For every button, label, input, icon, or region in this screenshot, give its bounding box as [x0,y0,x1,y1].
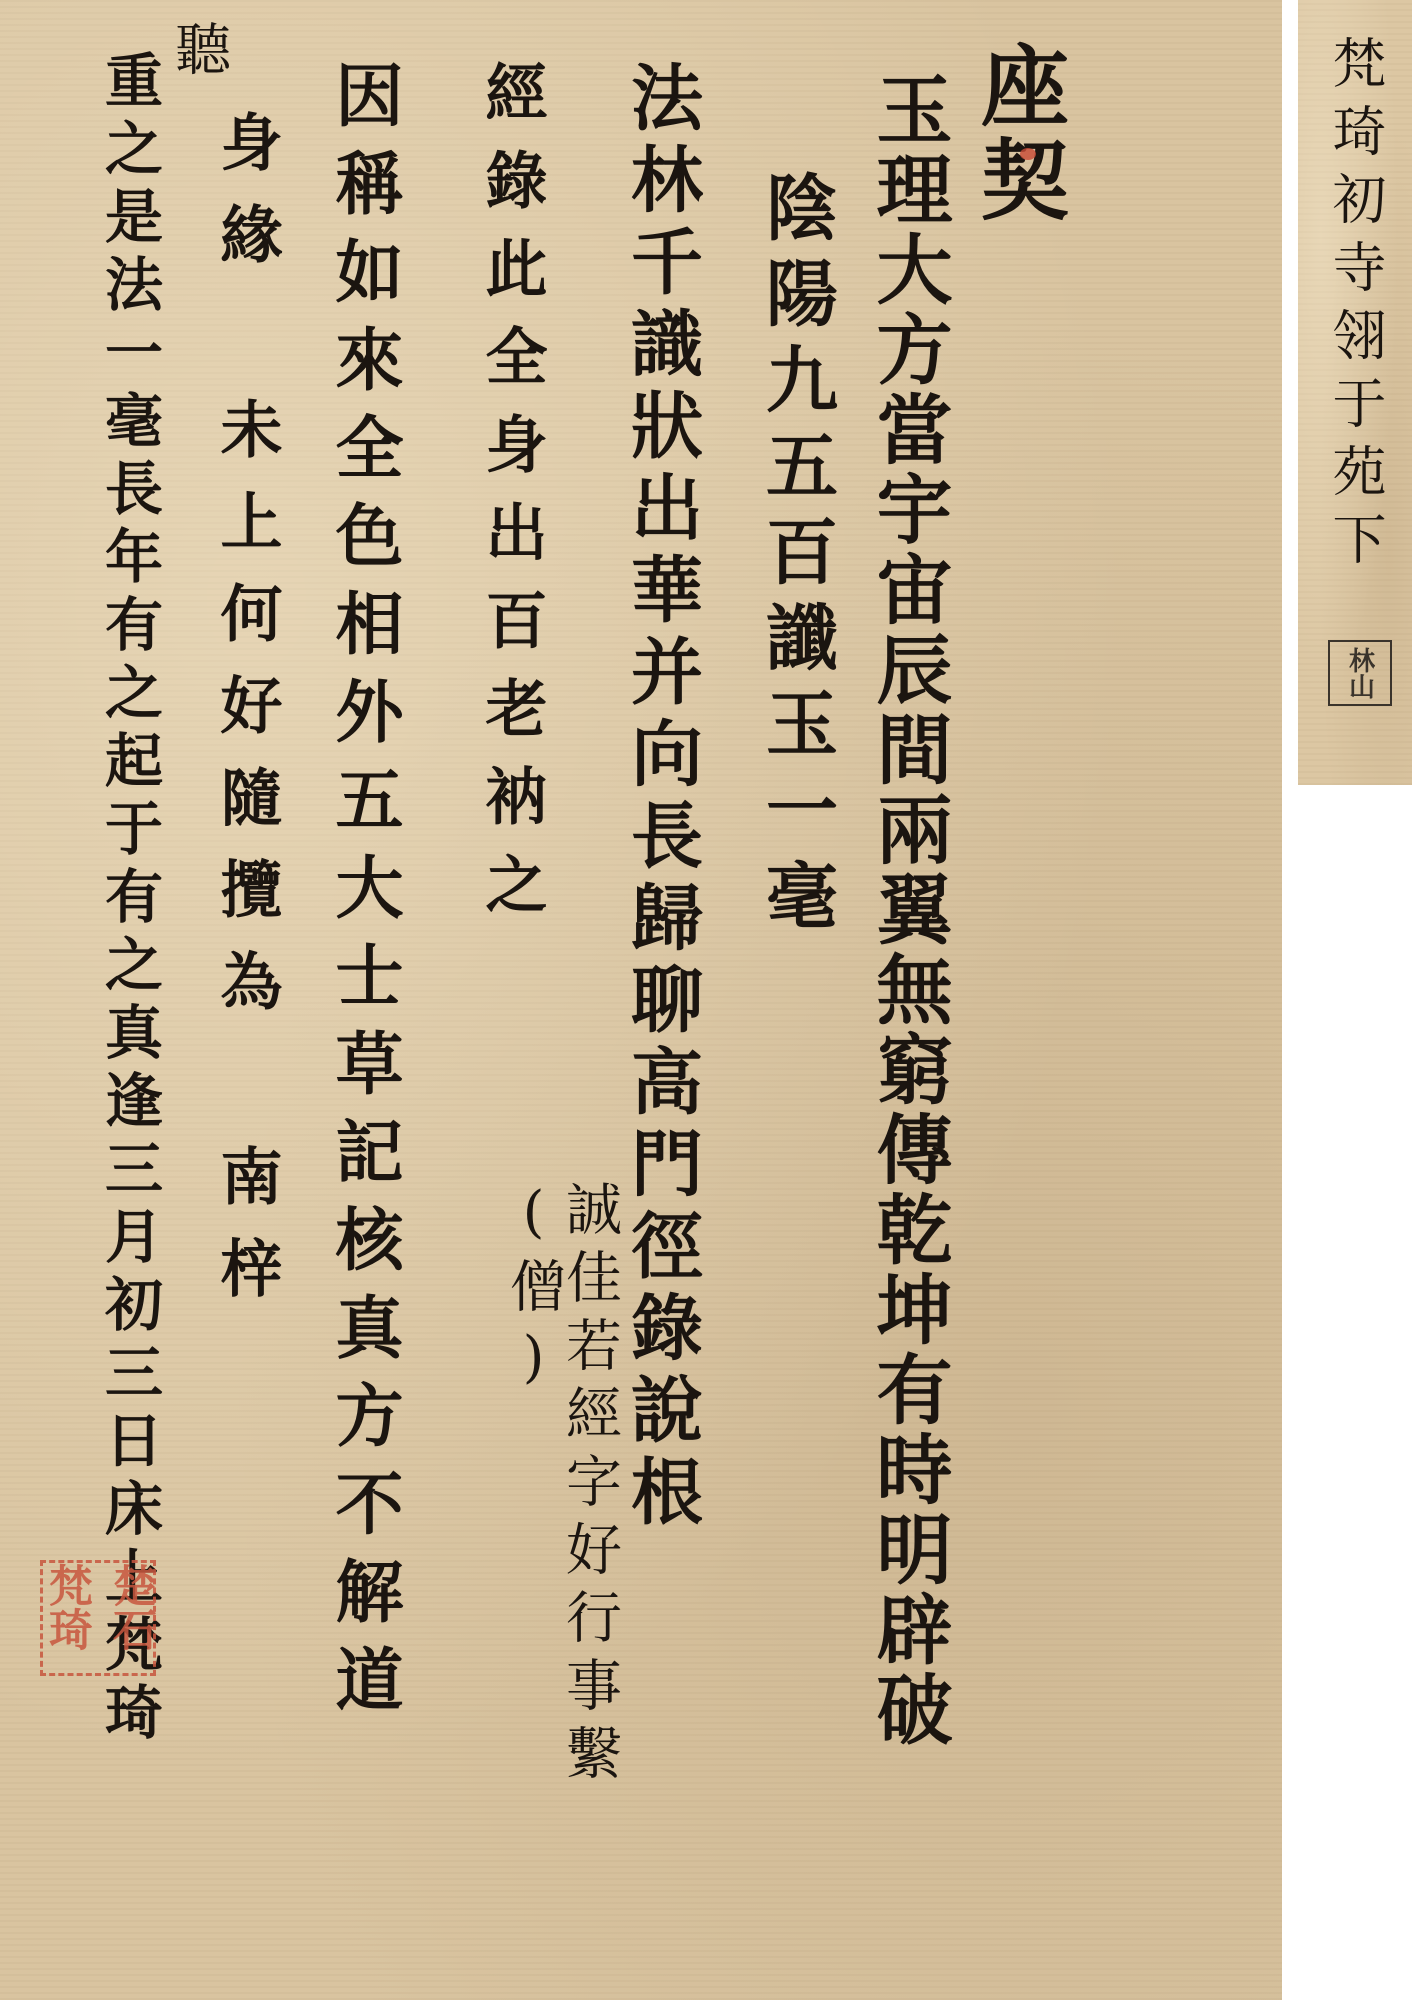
column-5: 經錄此全身出百老衲之 [480,60,542,940]
strip-seal: 林山 [1328,640,1392,706]
title-strip: 梵琦初寺翎于苑下 林山 [1298,0,1412,785]
column-4: 法林千識狀出華并向長歸聊高門徑錄說根 [625,60,697,1536]
column-1: 座契 [975,40,1063,228]
red-seal-stamp: 楚石梵琦 [40,1560,156,1676]
column-10: 重之是法一毫長年有之起于有之真逢三月初三日床上梵琦 [100,50,158,1750]
red-ink-mark [1020,148,1036,160]
calligraphy-main-panel: 座契 玉理大方當宇宙辰間兩翼無窮傳乾坤有時明辟破 陰陽九五百讖玉一毫 法林千識狀… [0,0,1282,2000]
column-2: 玉理大方當宇宙辰間兩翼無窮傳乾坤有時明辟破 [870,70,946,1750]
column-7: 因稱如來全色相外五大士草記核真方不解道 [330,60,398,1732]
column-9: 聽 [170,20,226,82]
column-8: 身緣 未上何好隨攬為 南梓 [215,110,277,1328]
column-3: 陰陽九五百讖玉一毫 [760,170,832,944]
column-6: 誠佳若經字好行事繫(僧) [505,1180,617,2000]
title-strip-text: 梵琦初寺翎于苑下 [1328,35,1382,579]
